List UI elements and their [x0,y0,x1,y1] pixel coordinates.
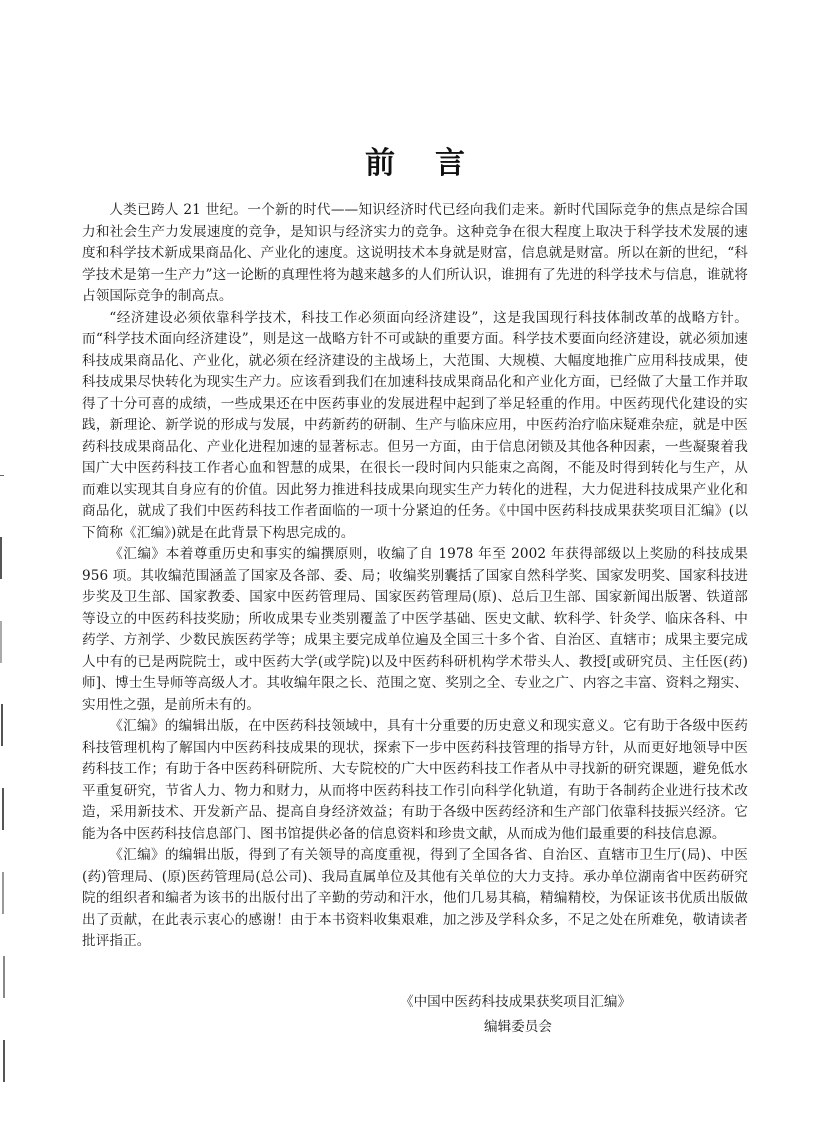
scan-artifact [0,621,2,663]
preface-body: 人类已跨人 21 世纪。一个新的时代——知识经济时代已经向我们走来。新时代国际竞… [82,200,748,953]
scan-artifact [3,1040,5,1082]
signature-book-title: 《中国中医药科技成果获奖项目汇编》 [400,990,680,1015]
paragraph: 《汇编》的编辑出版，得到了有关领导的高度重视，得到了全国各省、自治区、直辖市卫生… [82,845,748,953]
scan-artifact [1,704,3,746]
paragraph: 《汇编》本着尊重历史和事实的编撰原则，收编了自 1978 年至 2002 年获得… [82,544,748,716]
scan-artifact [2,788,4,830]
scan-artifact [2,872,4,914]
scan-artifact [0,537,2,579]
page-title: 前言 [82,138,748,182]
scan-artifact [3,956,5,998]
paragraph: “经济建设必须依靠科学技术，科技工作必须面向经济建设”，这是我国现行科技体制改革… [82,308,748,545]
paragraph: 人类已跨人 21 世纪。一个新的时代——知识经济时代已经向我们走来。新时代国际竞… [82,200,748,308]
paragraph: 《汇编》的编辑出版，在中医药科技领域中，具有十分重要的历史意义和现实意义。它有助… [82,716,748,845]
scan-artifact [0,475,4,476]
signature-committee: 编辑委员会 [400,1015,680,1040]
signature-block: 《中国中医药科技成果获奖项目汇编》 编辑委员会 [400,990,680,1040]
